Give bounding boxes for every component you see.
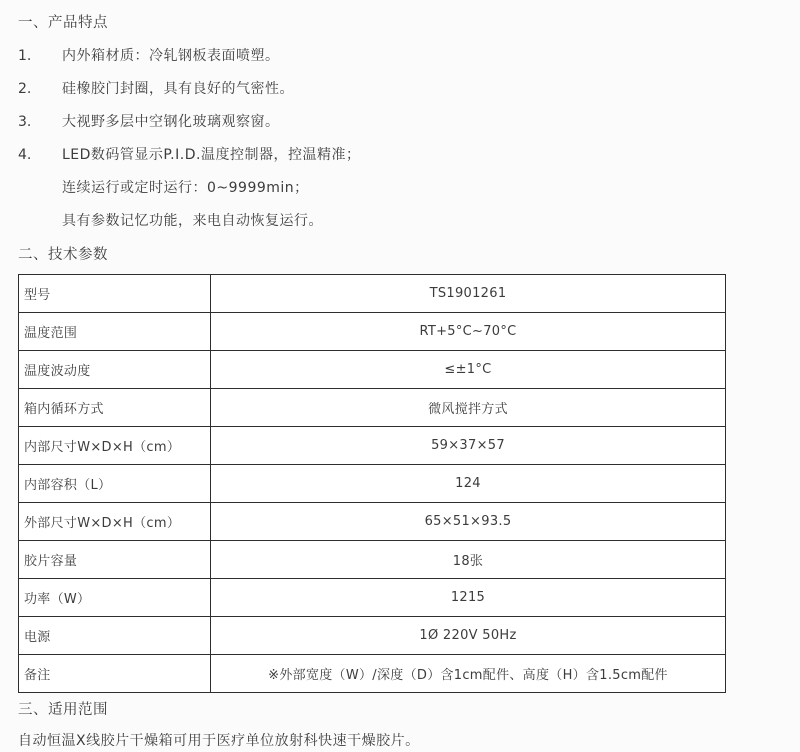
- list-item-continuation: 具有参数记忆功能，来电自动恢复运行。: [62, 205, 800, 238]
- spec-value: ≤±1°C: [211, 351, 726, 389]
- spec-label: 电源: [19, 617, 211, 655]
- table-row: 电源 1Ø 220V 50Hz: [19, 617, 726, 655]
- feature-list: 1. 内外箱材质：冷轧钢板表面喷塑。 2. 硅橡胶门封圈，具有良好的气密性。 3…: [18, 40, 800, 238]
- spec-value: 124: [211, 465, 726, 503]
- product-spec-document: 一、产品特点 1. 内外箱材质：冷轧钢板表面喷塑。 2. 硅橡胶门封圈，具有良好…: [0, 0, 800, 752]
- scope-heading: 三、适用范围: [18, 696, 800, 726]
- table-row: 备注 ※外部宽度（W）/深度（D）含1cm配件、高度（H）含1.5cm配件: [19, 655, 726, 693]
- list-item: 1. 内外箱材质：冷轧钢板表面喷塑。: [18, 40, 800, 73]
- table-row: 胶片容量 18张: [19, 541, 726, 579]
- table-row: 内部容积（L） 124: [19, 465, 726, 503]
- table-row: 外部尺寸W×D×H（cm） 65×51×93.5: [19, 503, 726, 541]
- list-item-number: 2.: [18, 73, 62, 106]
- list-item-text: 硅橡胶门封圈，具有良好的气密性。: [62, 73, 294, 106]
- spec-value: 微风搅拌方式: [211, 389, 726, 427]
- list-item: 4. LED数码管显示P.I.D.温度控制器，控温精准；: [18, 139, 800, 172]
- table-row: 箱内循环方式 微风搅拌方式: [19, 389, 726, 427]
- spec-value: 1215: [211, 579, 726, 617]
- spec-label: 功率（W）: [19, 579, 211, 617]
- spec-value: 65×51×93.5: [211, 503, 726, 541]
- list-item-number: 3.: [18, 106, 62, 139]
- spec-value: 1Ø 220V 50Hz: [211, 617, 726, 655]
- list-item: 2. 硅橡胶门封圈，具有良好的气密性。: [18, 73, 800, 106]
- table-row: 温度波动度 ≤±1°C: [19, 351, 726, 389]
- features-heading: 一、产品特点: [18, 8, 800, 40]
- table-row: 型号 TS1901261: [19, 275, 726, 313]
- list-item-continuation: 连续运行或定时运行：0~9999min；: [62, 172, 800, 205]
- spec-value: ※外部宽度（W）/深度（D）含1cm配件、高度（H）含1.5cm配件: [211, 655, 726, 693]
- spec-value: RT+5°C~70°C: [211, 313, 726, 351]
- list-item-text: 内外箱材质：冷轧钢板表面喷塑。: [62, 40, 280, 73]
- table-row: 内部尺寸W×D×H（cm） 59×37×57: [19, 427, 726, 465]
- spec-value: TS1901261: [211, 275, 726, 313]
- list-item-text: 大视野多层中空钢化玻璃观察窗。: [62, 106, 280, 139]
- table-row: 功率（W） 1215: [19, 579, 726, 617]
- spec-value: 59×37×57: [211, 427, 726, 465]
- list-item-number: 1.: [18, 40, 62, 73]
- spec-label: 备注: [19, 655, 211, 693]
- spec-label: 外部尺寸W×D×H（cm）: [19, 503, 211, 541]
- list-item-number: 4.: [18, 139, 62, 172]
- list-item: 3. 大视野多层中空钢化玻璃观察窗。: [18, 106, 800, 139]
- spec-label: 内部尺寸W×D×H（cm）: [19, 427, 211, 465]
- spec-label: 箱内循环方式: [19, 389, 211, 427]
- spec-label: 温度波动度: [19, 351, 211, 389]
- spec-label: 型号: [19, 275, 211, 313]
- list-item-text: LED数码管显示P.I.D.温度控制器，控温精准；: [62, 139, 360, 172]
- spec-label: 胶片容量: [19, 541, 211, 579]
- table-row: 温度范围 RT+5°C~70°C: [19, 313, 726, 351]
- spec-label: 内部容积（L）: [19, 465, 211, 503]
- spec-value: 18张: [211, 541, 726, 579]
- spec-label: 温度范围: [19, 313, 211, 351]
- specs-heading: 二、技术参数: [18, 240, 800, 272]
- specs-table: 型号 TS1901261 温度范围 RT+5°C~70°C 温度波动度 ≤±1°…: [18, 274, 726, 693]
- scope-text: 自动恒温X线胶片干燥箱可用于医疗单位放射科快速干燥胶片。: [18, 726, 800, 752]
